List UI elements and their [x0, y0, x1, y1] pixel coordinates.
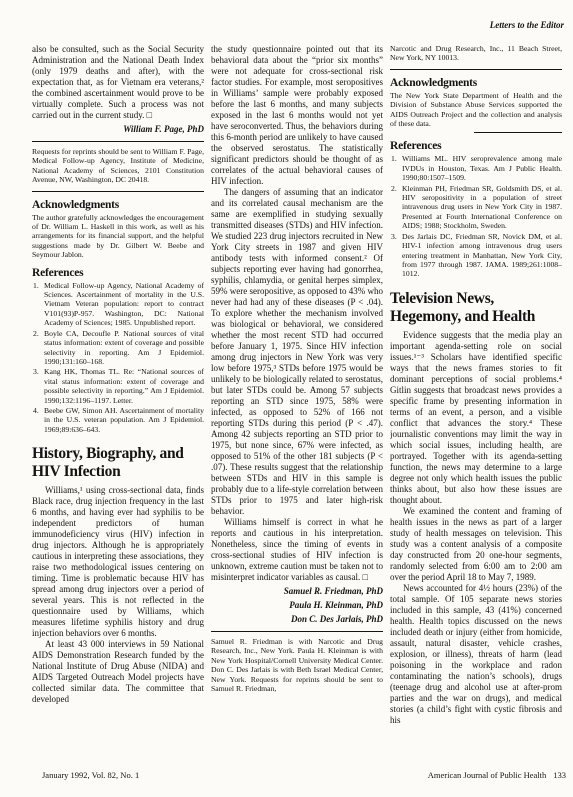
letter-title-history-biography-hiv: History, Biography, and HIV Infection	[32, 445, 204, 481]
journal-page: Letters to the Editor also be consulted,…	[0, 0, 573, 797]
references-list: Medical Follow-up Agency, National Acade…	[32, 281, 204, 435]
body-paragraph: the study questionnaire pointed out that…	[211, 44, 383, 187]
reference-item: Kang HK, Thomas TL. Re: “National source…	[32, 367, 204, 405]
author-signature: William F. Page, PhD	[32, 123, 204, 135]
divider-rule	[211, 631, 383, 632]
issue-info: January 1992, Vol. 82, No. 1	[42, 770, 139, 780]
affiliations-footnote: Samuel R. Friedman is with Narcotic and …	[211, 637, 383, 693]
page-number: 133	[553, 770, 566, 780]
journal-name-and-page: American Journal of Public Health133	[428, 770, 566, 780]
author-signature: Paula H. Kleinman, PhD	[211, 599, 383, 611]
author-signature: Samuel R. Friedman, PhD	[211, 585, 383, 597]
body-paragraph: Williams himself is correct in what he r…	[211, 517, 383, 583]
column-3: Narcotic and Drug Research, Inc., 11 Bea…	[390, 44, 562, 756]
columns: also be consulted, such as the Social Se…	[32, 44, 567, 756]
journal-name: American Journal of Public Health	[428, 770, 547, 780]
page-footer: January 1992, Vol. 82, No. 1 American Jo…	[42, 770, 566, 780]
author-signature: Don C. Des Jarlais, PhD	[211, 613, 383, 625]
acknowledgments-text: The New York State Department of Health …	[390, 91, 562, 129]
acknowledgments-text: The author gratefully acknowledges the e…	[32, 213, 204, 260]
reference-item: Des Jarlais DC, Friedman SR, Novick DM, …	[390, 232, 562, 279]
divider-rule	[390, 69, 562, 70]
letter-continuation-paragraph: also be consulted, such as the Social Se…	[32, 44, 204, 121]
column-2: the study questionnaire pointed out that…	[211, 44, 383, 756]
reference-item: Williams ML. HIV seroprevalence among ma…	[390, 154, 562, 182]
body-paragraph: News accounted for 4½ hours (23%) of the…	[390, 583, 562, 726]
reference-item: Kleinman PH, Friedman SR, Goldsmith DS, …	[390, 184, 562, 231]
running-head: Letters to the Editor	[32, 20, 567, 30]
reference-item: Boyle CA, Decoufle P. National sources o…	[32, 329, 204, 367]
body-paragraph: Williams,¹ using cross-sectional data, f…	[32, 485, 204, 639]
acknowledgments-heading: Acknowledgments	[32, 199, 204, 211]
references-heading: References	[32, 267, 204, 279]
letter-title-television-news-hegemony: Television News, Hegemony, and Health	[390, 290, 562, 326]
body-paragraph: We examined the content and framing of h…	[390, 506, 562, 583]
author-signature-block: Samuel R. Friedman, PhD Paula H. Kleinma…	[211, 585, 383, 625]
partial-divider-rule	[474, 132, 562, 133]
references-heading: References	[390, 140, 562, 152]
body-paragraph: At least 43 000 interviews in 59 Nationa…	[32, 639, 204, 705]
reference-item: Beebe GW, Simon AH. Ascertainment of mor…	[32, 406, 204, 434]
divider-rule	[32, 191, 204, 192]
body-paragraph: The dangers of assuming that an indicato…	[211, 187, 383, 517]
reprints-footnote: Requests for reprints should be sent to …	[32, 147, 204, 185]
references-list: Williams ML. HIV seroprevalence among ma…	[390, 154, 562, 278]
acknowledgments-heading: Acknowledgments	[390, 77, 562, 89]
column-1: also be consulted, such as the Social Se…	[32, 44, 204, 756]
body-paragraph: Evidence suggests that the media play an…	[390, 330, 562, 506]
affiliations-footnote-continued: Narcotic and Drug Research, Inc., 11 Bea…	[390, 44, 562, 63]
reference-item: Medical Follow-up Agency, National Acade…	[32, 281, 204, 328]
divider-rule	[32, 141, 204, 142]
